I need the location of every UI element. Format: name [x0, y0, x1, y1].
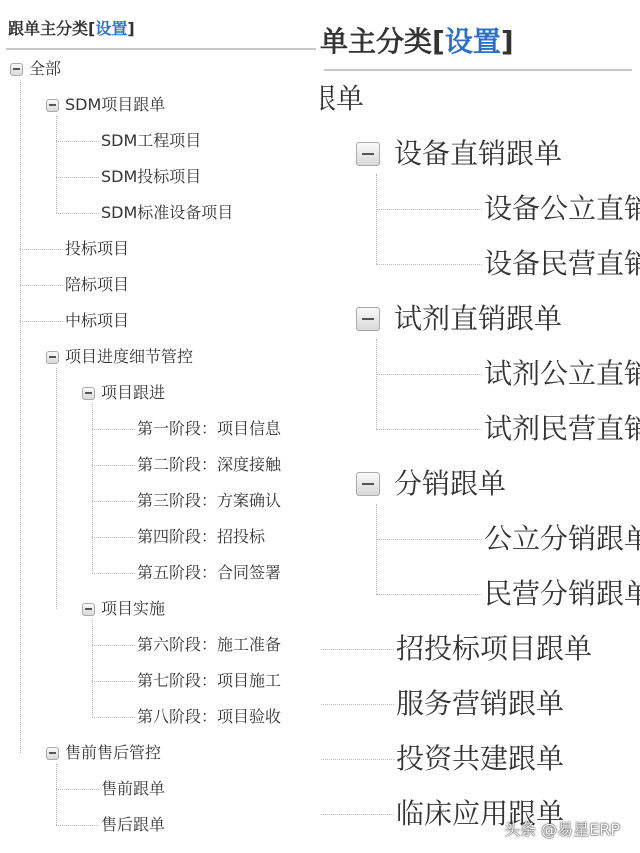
tree-node[interactable]: SDM工程项目: [101, 130, 201, 152]
tree-node-label: 第七阶段：项目施工: [137, 670, 281, 692]
tree-node[interactable]: 第二阶段：深度接触: [137, 454, 281, 476]
tree-node-label: 陪标项目: [65, 274, 129, 296]
tree-node-label: 第八阶段：项目验收: [137, 706, 281, 728]
tree-node-label: 设备直销跟单: [394, 134, 562, 174]
tree-node[interactable]: 公立分销跟单: [484, 519, 640, 559]
tree-connector: [376, 429, 482, 430]
tree-node-label: 民营分销跟单: [484, 574, 640, 614]
collapse-toggle-icon[interactable]: [356, 472, 380, 496]
bracket-open: [: [432, 25, 445, 58]
tree-node[interactable]: 投资共建跟单: [396, 739, 564, 779]
tree-connector: [92, 537, 136, 538]
tree-node[interactable]: 全部: [10, 58, 61, 80]
tree-node-label: 项目进度细节管控: [65, 346, 193, 368]
tree-guide-line: [376, 339, 377, 429]
collapse-toggle-icon[interactable]: [356, 307, 380, 331]
tree-node[interactable]: 设备公立直销: [484, 189, 640, 229]
tree-connector: [20, 321, 64, 322]
tree-connector: [56, 825, 100, 826]
settings-link[interactable]: 设置: [445, 25, 501, 58]
tree-connector: [320, 649, 394, 650]
tree-node-label: 试剂直销跟单: [394, 299, 562, 339]
tree-connector: [376, 594, 482, 595]
tree-node[interactable]: 第三阶段：方案确认: [137, 490, 281, 512]
tree-node-label: SDM工程项目: [101, 130, 201, 152]
header-divider: [324, 69, 632, 71]
tree-node[interactable]: 售前跟单: [101, 778, 165, 800]
tree-node[interactable]: 中标项目: [65, 310, 129, 332]
tree-node-label: SDM标准设备项目: [101, 202, 233, 224]
tree-node-label: SDM投标项目: [101, 166, 201, 188]
tree-node-label: 招投标项目跟单: [396, 629, 592, 669]
tree-connector: [92, 645, 136, 646]
tree-node-label: 售前售后管控: [65, 742, 161, 764]
tree-node-label: 投资共建跟单: [396, 739, 564, 779]
tree-node[interactable]: SDM投标项目: [101, 166, 201, 188]
tree-node-label: 第五阶段：合同签署: [137, 562, 281, 584]
tree-node[interactable]: SDM项目跟单: [46, 94, 165, 116]
header-divider: [6, 48, 316, 50]
collapse-toggle-icon[interactable]: [46, 351, 59, 364]
tree-connector: [56, 177, 100, 178]
panel-header: 跟单主分类[设置]: [8, 16, 135, 39]
tree-node-label: 投标项目: [65, 238, 129, 260]
collapse-toggle-icon[interactable]: [46, 747, 59, 760]
tree-node-label: 中标项目: [65, 310, 129, 332]
tree-node-label: 第二阶段：深度接触: [137, 454, 281, 476]
collapse-toggle-icon[interactable]: [82, 387, 95, 400]
tree-node[interactable]: 第六阶段：施工准备: [137, 634, 281, 656]
tree-node-label: 售后跟单: [101, 814, 165, 836]
tree-node-label: 全部: [29, 58, 61, 80]
tree-connector: [92, 573, 136, 574]
tree-node[interactable]: 设备直销跟单: [356, 134, 562, 174]
watermark: 头条 @易星ERP: [504, 817, 620, 840]
right-tree-panel-zoomed: 跟单主分类[设置] 跟单设备直销跟单设备公立直销设备民营直销试剂直销跟单试剂公立…: [320, 0, 640, 853]
tree-node[interactable]: 试剂民营直销: [484, 409, 640, 449]
tree-connector: [92, 681, 136, 682]
tree-node-label: 第四阶段：招投标: [137, 526, 265, 548]
tree-guide-line: [376, 174, 377, 264]
tree-node-label: 项目跟进: [101, 382, 165, 404]
tree-node-label: 服务营销跟单: [396, 684, 564, 724]
tree-node[interactable]: 售后跟单: [101, 814, 165, 836]
tree-node[interactable]: 投标项目: [65, 238, 129, 260]
tree-node[interactable]: 试剂公立直销: [484, 354, 640, 394]
panel-header: 跟单主分类[设置]: [320, 20, 514, 60]
tree-node[interactable]: 第八阶段：项目验收: [137, 706, 281, 728]
collapse-toggle-icon[interactable]: [46, 99, 59, 112]
tree-node[interactable]: 分销跟单: [356, 464, 506, 504]
tree-node[interactable]: 设备民营直销: [484, 244, 640, 284]
tree-connector: [376, 209, 482, 210]
tree-connector: [376, 374, 482, 375]
tree-guide-line: [56, 764, 57, 825]
tree-guide-line: [56, 116, 57, 213]
tree-connector: [56, 213, 100, 214]
tree-node[interactable]: 招投标项目跟单: [396, 629, 592, 669]
tree-guide-line: [20, 80, 21, 753]
panel-title: 跟单主分类: [8, 19, 88, 38]
tree-node-label: 跟单: [320, 79, 364, 119]
tree-connector: [92, 501, 136, 502]
tree-node-label: 试剂公立直销: [484, 354, 640, 394]
tree-node[interactable]: 售前售后管控: [46, 742, 161, 764]
tree-connector: [376, 539, 482, 540]
collapse-toggle-icon[interactable]: [82, 603, 95, 616]
collapse-toggle-icon[interactable]: [10, 63, 23, 76]
tree-node[interactable]: 项目进度细节管控: [46, 346, 193, 368]
settings-link[interactable]: 设置: [95, 19, 127, 38]
tree-node[interactable]: 项目实施: [82, 598, 165, 620]
tree-connector: [20, 285, 64, 286]
tree-connector: [56, 789, 100, 790]
tree-guide-line: [56, 368, 57, 609]
tree-connector: [20, 249, 64, 250]
tree-node-label: 设备公立直销: [484, 189, 640, 229]
tree-connector: [92, 717, 136, 718]
tree-node[interactable]: 试剂直销跟单: [356, 299, 562, 339]
tree-node-label: 售前跟单: [101, 778, 165, 800]
tree-connector: [92, 465, 136, 466]
bracket-close: ]: [501, 25, 514, 58]
tree-node[interactable]: 服务营销跟单: [396, 684, 564, 724]
tree-node[interactable]: 陪标项目: [65, 274, 129, 296]
tree-node[interactable]: 第四阶段：招投标: [137, 526, 265, 548]
tree-node[interactable]: 第五阶段：合同签署: [137, 562, 281, 584]
tree-connector: [376, 264, 482, 265]
tree-node-label: 第一阶段：项目信息: [137, 418, 281, 440]
tree-node-label: 公立分销跟单: [484, 519, 640, 559]
left-tree-panel: 跟单主分类[设置] 全部SDM项目跟单SDM工程项目SDM投标项目SDM标准设备…: [0, 0, 320, 853]
tree-connector: [320, 759, 394, 760]
tree-node[interactable]: 第七阶段：项目施工: [137, 670, 281, 692]
tree-node-label: 试剂民营直销: [484, 409, 640, 449]
bracket-close: ]: [127, 19, 134, 38]
tree-guide-line: [376, 504, 377, 594]
tree-node-label: SDM项目跟单: [65, 94, 165, 116]
panel-title: 跟单主分类: [320, 25, 432, 58]
tree-guide-line: [92, 620, 93, 717]
tree-connector: [56, 141, 100, 142]
tree-connector: [320, 704, 394, 705]
tree-node[interactable]: 民营分销跟单: [484, 574, 640, 614]
tree-node[interactable]: 第一阶段：项目信息: [137, 418, 281, 440]
tree-guide-line: [92, 404, 93, 573]
tree-node-label: 分销跟单: [394, 464, 506, 504]
tree-node[interactable]: 项目跟进: [82, 382, 165, 404]
tree-node[interactable]: 跟单: [320, 79, 364, 119]
tree-node-label: 第三阶段：方案确认: [137, 490, 281, 512]
collapse-toggle-icon[interactable]: [356, 142, 380, 166]
tree-connector: [320, 814, 394, 815]
tree-node-label: 第六阶段：施工准备: [137, 634, 281, 656]
tree-node-label: 项目实施: [101, 598, 165, 620]
tree-connector: [92, 429, 136, 430]
tree-node[interactable]: SDM标准设备项目: [101, 202, 233, 224]
tree-node-label: 设备民营直销: [484, 244, 640, 284]
